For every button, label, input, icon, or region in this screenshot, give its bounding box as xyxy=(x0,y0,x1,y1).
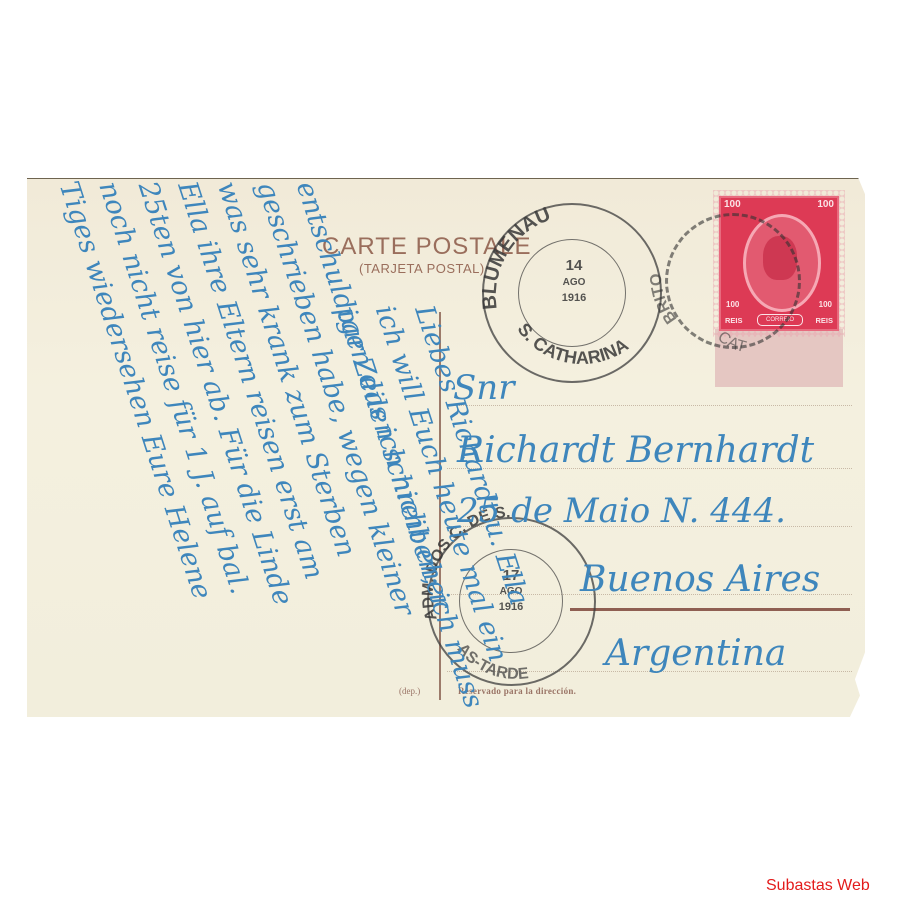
watermark: Subastas Web xyxy=(766,877,870,895)
postmark-month: AGO xyxy=(554,277,594,288)
address-line xyxy=(447,468,852,469)
stamp-denomination: 100 xyxy=(819,300,832,309)
address-name: Richardt Bernhardt xyxy=(456,430,815,471)
postmark-month: AGO xyxy=(491,586,531,597)
postmark-year: 1916 xyxy=(487,601,535,613)
postcard-subtitle: (TARJETA POSTAL) xyxy=(359,261,485,276)
postcard: CARTE POSTALE (TARJETA POSTAL) (dep.) Re… xyxy=(27,178,865,717)
city-underline xyxy=(570,608,850,611)
message-line: Ella ihre Eltern reisen erst am xyxy=(171,179,329,583)
postmark-year: 1916 xyxy=(550,292,598,304)
address-line xyxy=(447,405,852,406)
address-country: Argentina xyxy=(602,633,786,674)
address-salutation: Snr xyxy=(453,368,516,408)
printer-mark: (dep.) xyxy=(399,686,420,696)
address-caption: Reservado para la dirección. xyxy=(458,686,576,696)
postmark-day: 14 xyxy=(554,257,594,274)
stamp-denomination: 100 xyxy=(817,199,834,210)
origin-postmark: 14 AGO 1916 xyxy=(482,203,662,383)
stamp-cancel-postmark xyxy=(665,213,801,349)
stamp-denomination: 100 xyxy=(724,199,741,210)
message-line: noch nicht reise für 1 J. auf bal. xyxy=(92,179,255,598)
arrival-postmark: 17 AGO 1916 xyxy=(427,517,596,686)
message-line: 25ten von hier ab. Für die Linde xyxy=(132,179,299,609)
message-line: Tiges wiedersehen Eure Helene xyxy=(53,179,218,603)
stamp-label-right: REIS xyxy=(815,316,833,325)
postmark-day: 17 xyxy=(491,567,531,584)
